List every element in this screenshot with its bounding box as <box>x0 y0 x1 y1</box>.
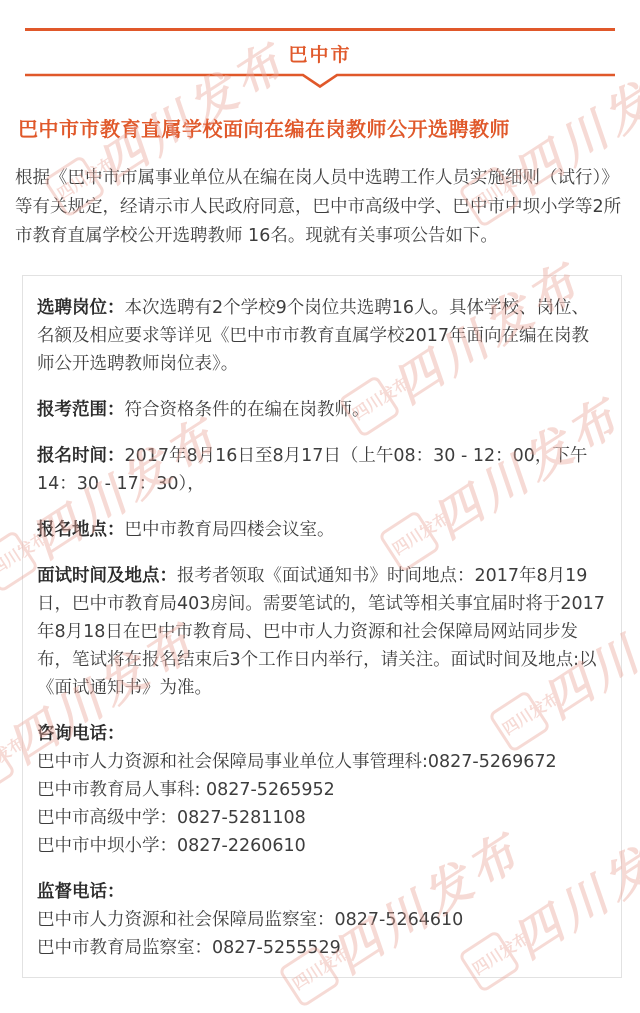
header-bottom-rule-with-notch <box>0 73 640 89</box>
phone-line: 巴中市高级中学：0827-5281108 <box>37 804 606 832</box>
section-positions: 选聘岗位：本次选聘有2个学校9个岗位共选聘16人。具体学校、岗位、名额及相应要求… <box>37 294 606 378</box>
section-scope-text: 符合资格条件的在编在岗教师。 <box>125 400 370 420</box>
sichuan-fabu-seal-icon: 四川发布 <box>0 734 16 798</box>
section-signup-place-label: 报名地点： <box>37 520 125 540</box>
section-header: 巴中市 <box>0 0 640 89</box>
section-signup-place: 报名地点：巴中市教育局四楼会议室。 <box>37 516 606 544</box>
section-positions-label: 选聘岗位： <box>37 298 125 318</box>
section-interview: 面试时间及地点：报考者领取《面试通知书》时间地点：2017年8月19日，巴中市教… <box>37 562 606 702</box>
section-scope-label: 报考范围： <box>37 400 125 420</box>
section-interview-label: 面试时间及地点： <box>37 566 177 586</box>
region-label: 巴中市 <box>0 31 640 73</box>
phone-line: 巴中市人力资源和社会保障局监察室：0827-5264610 <box>37 906 606 934</box>
phone-line: 巴中市人力资源和社会保障局事业单位人事管理科:0827-5269672 <box>37 748 606 776</box>
section-scope: 报考范围：符合资格条件的在编在岗教师。 <box>37 396 606 424</box>
notice-box: 选聘岗位：本次选聘有2个学校9个岗位共选聘16人。具体学校、岗位、名额及相应要求… <box>22 275 622 978</box>
section-consult-phones-label: 咨询电话： <box>37 720 606 748</box>
article-title: 巴中市市教育直属学校面向在编在岗教师公开选聘教师 <box>18 113 622 142</box>
section-signup-place-text: 巴中市教育局四楼会议室。 <box>125 520 335 540</box>
phone-line: 巴中市中坝小学：0827-2260610 <box>37 832 606 860</box>
phone-line: 巴中市教育局监察室：0827-5255529 <box>37 934 606 962</box>
section-signup-time-label: 报名时间： <box>37 446 125 466</box>
article-intro: 根据《巴中市市属事业单位从在编在岗人员中选聘工作人员实施细则（试行）》等有关规定… <box>15 164 624 251</box>
section-supervise-phones-label: 监督电话： <box>37 878 606 906</box>
section-consult-phones: 咨询电话： 巴中市人力资源和社会保障局事业单位人事管理科:0827-526967… <box>37 720 606 860</box>
section-supervise-phones: 监督电话： 巴中市人力资源和社会保障局监察室：0827-5264610 巴中市教… <box>37 878 606 962</box>
section-signup-time: 报名时间：2017年8月16日至8月17日（上午08：30 - 12：00，下午… <box>37 442 606 498</box>
phone-line: 巴中市教育局人事科: 0827-5265952 <box>37 776 606 804</box>
